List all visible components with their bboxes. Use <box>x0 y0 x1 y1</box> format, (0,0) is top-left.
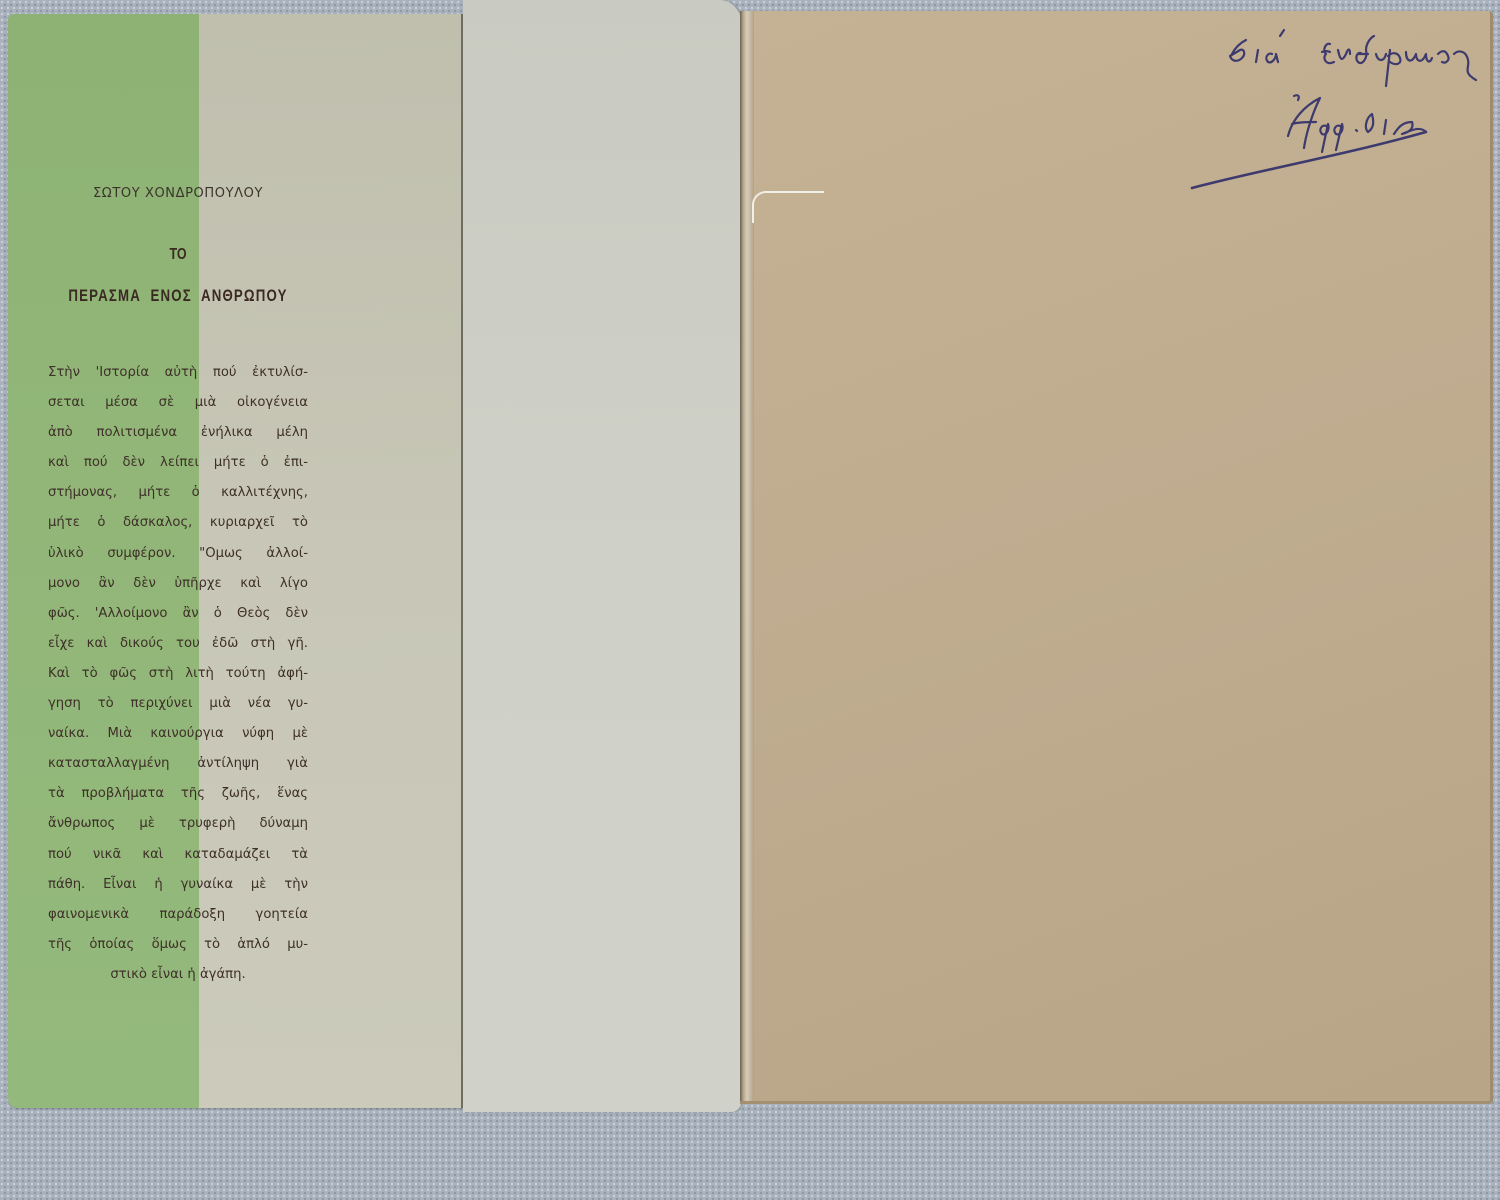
open-book-photo: ΣΩΤΟΥ ΧΟΝΔΡΟΠΟΥΛΟΥ ΤΟ ΠΕΡΑΣΜΑ ΕΝΟΣ ΑΝΘΡΩ… <box>0 0 1500 1200</box>
blurb-paragraph: Στὴν 'Ιστορία αὐτὴ πού ἐκτυλίσ- σεται μέ… <box>48 358 308 990</box>
handwritten-inscription: Διά ἐνθύμησις Ἀγγελίτσ <box>1180 10 1480 200</box>
blurb-line: φῶς. 'Αλλοίμονο ἂν ὁ Θεὸς δὲν <box>48 599 308 629</box>
blurb-line: πάθη. Εἶναι ἡ γυναίκα μὲ τὴν <box>48 870 308 900</box>
blurb-line: τὰ προβλήματα τῆς ζωῆς, ἕνας <box>48 779 308 809</box>
blurb-line: στικὸ εἶναι ἡ ἀγάπη. <box>48 960 308 990</box>
blurb-line: ὑλικὸ συμφέρον. "Ομως ἀλλοί- <box>48 539 308 569</box>
blurb-line: ἀπὸ πολιτισμένα ἐνήλικα μέλη <box>48 418 308 448</box>
author-name: ΣΩΤΟΥ ΧΟΝΔΡΟΠΟΥΛΟΥ <box>48 186 308 201</box>
blurb-line: φαινομενικὰ παράδοξη γοητεία <box>48 900 308 930</box>
blurb-line: εἶχε καὶ δικούς του ἐδῶ στὴ γῆ. <box>48 629 308 659</box>
blurb-line: τῆς ὁποίας ὅμως τὸ ἁπλό μυ- <box>48 930 308 960</box>
blurb-line: ναίκα. Μιὰ καινούργια νύφη μὲ <box>48 719 308 749</box>
blurb-line: σεται μέσα σὲ μιὰ οἰκογένεια <box>48 388 308 418</box>
blurb-line: κατασταλλαγμένη ἀντίληψη γιὰ <box>48 749 308 779</box>
spine-gutter <box>740 11 754 1101</box>
blurb-line: μήτε ὁ δάσκαλος, κυριαρχεῖ τὸ <box>48 508 308 538</box>
inner-jacket-panel <box>463 0 741 1112</box>
blurb-line: στήμονας, μήτε ὁ καλλιτέχνης, <box>48 478 308 508</box>
signature-icon <box>1180 10 1480 200</box>
blurb-line: Στὴν 'Ιστορία αὐτὴ πού ἐκτυλίσ- <box>48 358 308 388</box>
book-title-line-1: ΤΟ <box>77 246 280 264</box>
blurb-line: μονο ἂν δὲν ὑπῆρχε καὶ λίγο <box>48 569 308 599</box>
blurb-line: γηση τὸ περιχύνει μιὰ νέα γυ- <box>48 689 308 719</box>
blurb-line: Καὶ τὸ φῶς στὴ λιτὴ τούτη ἀφή- <box>48 659 308 689</box>
blurb-line: πού νικᾶ καὶ καταδαμάζει τὰ <box>48 840 308 870</box>
jacket-flap: ΣΩΤΟΥ ΧΟΝΔΡΟΠΟΥΛΟΥ ΤΟ ΠΕΡΑΣΜΑ ΕΝΟΣ ΑΝΘΡΩ… <box>8 14 463 1108</box>
blurb-line: ἄνθρωπος μὲ τρυφερὴ δύναμη <box>48 809 308 839</box>
blurb-line: καὶ πού δὲν λείπει μήτε ὁ ἐπι- <box>48 448 308 478</box>
book-title-line-2: ΠΕΡΑΣΜΑ ΕΝΟΣ ΑΝΘΡΩΠΟΥ <box>61 286 295 306</box>
binding-thread <box>752 191 824 223</box>
